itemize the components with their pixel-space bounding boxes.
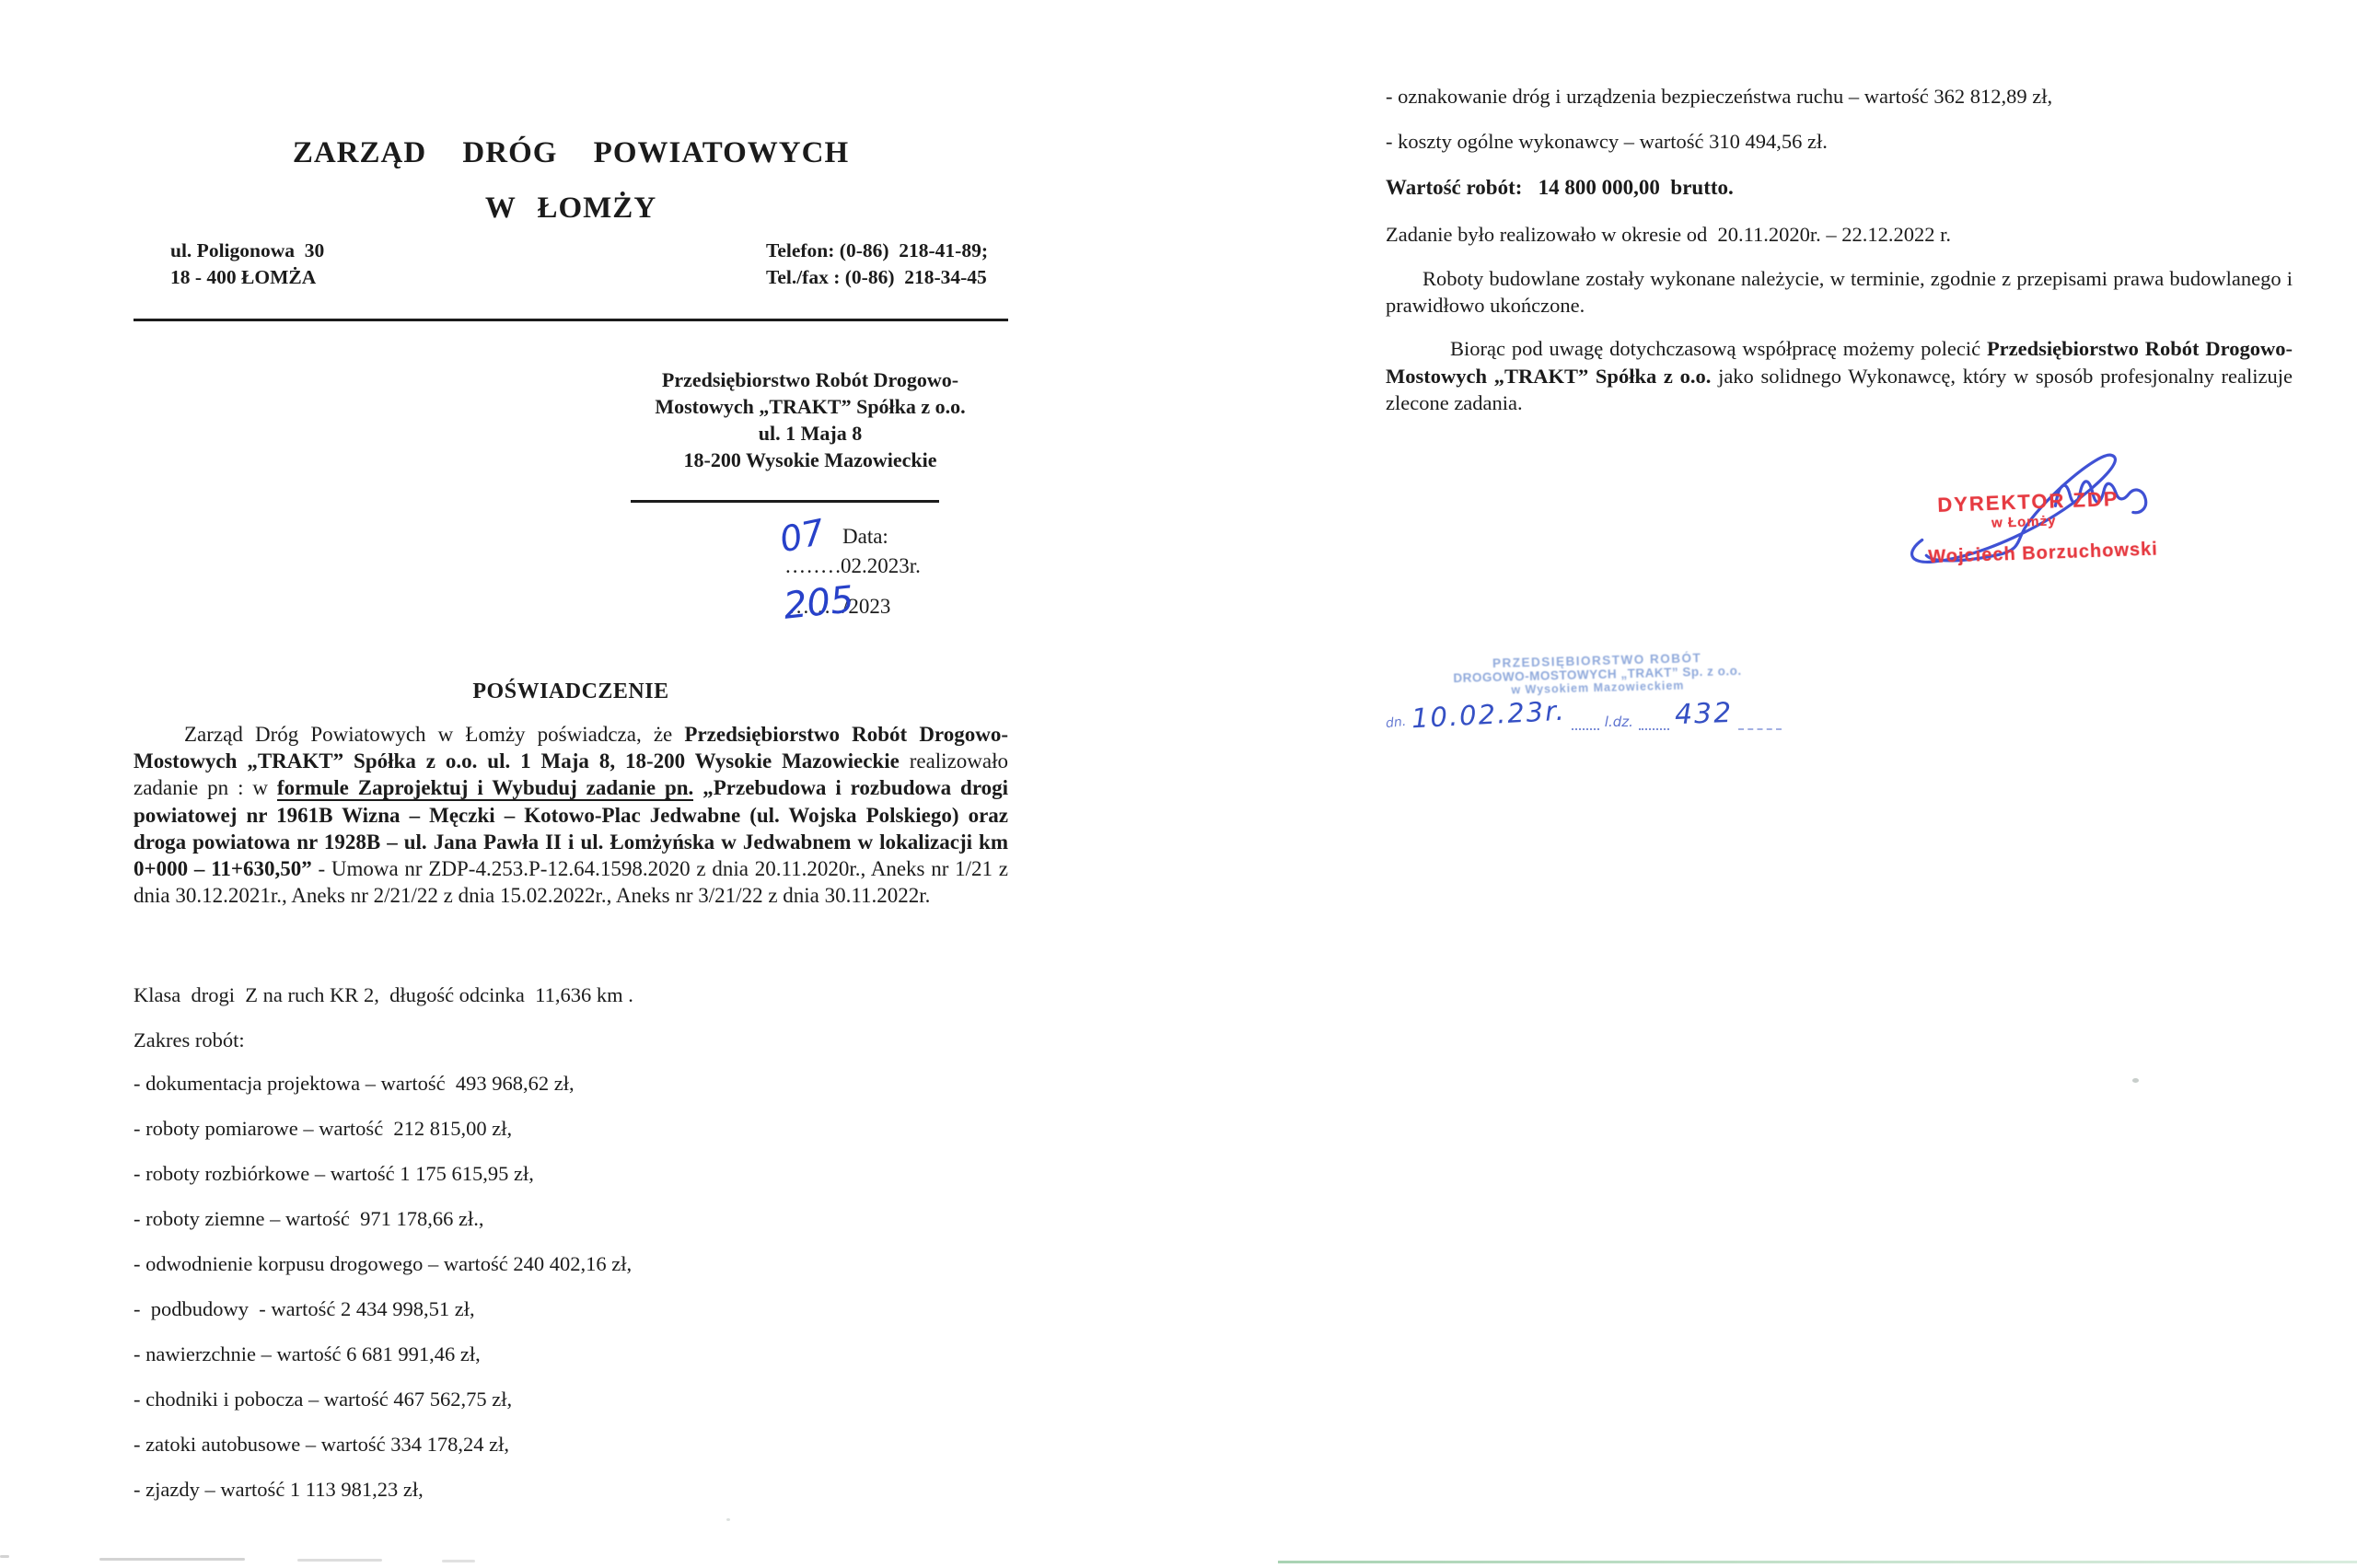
- date-label: Data:: [842, 525, 888, 549]
- letterhead-org-name-line1: ZARZĄD DRÓG POWIATOWYCH: [134, 136, 1008, 170]
- recipient-line: Mostowych „TRAKT” Spółka z o.o.: [534, 393, 1086, 420]
- address-city: 18 - 400 ŁOMŻA: [170, 264, 324, 291]
- road-class-line: Klasa drogi Z na ruch KR 2, długość odci…: [134, 983, 633, 1007]
- received-annotation-row: dn. 10.02.23r. l.dz. 432: [1386, 698, 1782, 730]
- dotted-filler: [1639, 726, 1669, 730]
- handwritten-ldz-label: l.dz.: [1605, 714, 1633, 730]
- director-stamp-location: w Łomży: [1991, 513, 2057, 530]
- recipient-line: 18-200 Wysokie Mazowieckie: [534, 447, 1086, 473]
- document-title: POŚWIADCZENIE: [134, 679, 1008, 704]
- scanned-document: ZARZĄD DRÓG POWIATOWYCH W ŁOMŻY ul. Poli…: [0, 0, 2357, 1568]
- scope-item: - zatoki autobusowe – wartość 334 178,24…: [134, 1434, 1008, 1455]
- dashed-filler: [1738, 726, 1782, 730]
- recipient-line: ul. 1 Maja 8: [534, 420, 1086, 447]
- scan-smudge: [0, 1555, 9, 1558]
- recipient-block: Przedsiębiorstwo Robót Drogowo- Mostowyc…: [534, 366, 1086, 473]
- scope-item: - podbudowy - wartość 2 434 998,51 zł,: [134, 1298, 1008, 1319]
- scan-speck: [2132, 1078, 2139, 1083]
- recipient-divider: [631, 500, 939, 503]
- letterhead-divider: [134, 319, 1008, 321]
- scan-speck: [726, 1518, 730, 1521]
- handwritten-received-prefix: dn.: [1385, 714, 1407, 731]
- scan-smudge: [442, 1560, 475, 1562]
- address-street: ul. Poligonowa 30: [170, 238, 324, 264]
- certificate-seg-4-formula: formule Zaprojektuj i Wybuduj zadanie pn…: [277, 776, 693, 801]
- scope-item: - chodniki i pobocza – wartość 467 562,7…: [134, 1388, 1008, 1410]
- scope-item: - odwodnienie korpusu drogowego – wartoś…: [134, 1253, 1008, 1274]
- letterhead-phones: Telefon: (0-86) 218-41-89; Tel./fax : (0…: [766, 238, 988, 291]
- scope-item: - zjazdy – wartość 1 113 981,23 zł,: [134, 1479, 1008, 1500]
- handwritten-reference-number: 205: [782, 578, 856, 628]
- execution-period-line: Zadanie było realizowało w okresie od 20…: [1386, 223, 1951, 247]
- scope-item: - roboty ziemne – wartość 971 178,66 zł.…: [134, 1208, 1008, 1229]
- scope-item: - nawierzchnie – wartość 6 681 991,46 zł…: [134, 1343, 1008, 1365]
- phone-line: Telefon: (0-86) 218-41-89;: [766, 238, 988, 264]
- fax-line: Tel./fax : (0-86) 218-34-45: [766, 264, 988, 291]
- letterhead-org-name-line2: W ŁOMŻY: [134, 192, 1008, 226]
- total-value-line: Wartość robót: 14 800 000,00 brutto.: [1386, 176, 1734, 200]
- date-line: ........02.2023r.: [785, 554, 921, 578]
- scope-item-continued: - koszty ogólne wykonawcy – wartość 310 …: [1386, 130, 1828, 154]
- certificate-seg-1: Zarząd Dróg Powiatowych w Łomży poświadc…: [184, 723, 684, 746]
- handwritten-day: 07: [776, 511, 828, 560]
- recommendation-paragraph: Biorąc pod uwagę dotychczasową współprac…: [1386, 335, 2293, 417]
- letterhead-address: ul. Poligonowa 30 18 - 400 ŁOMŻA: [170, 238, 324, 291]
- scope-item-continued: - oznakowanie dróg i urządzenia bezpiecz…: [1386, 85, 2052, 109]
- scan-smudge: [297, 1559, 382, 1562]
- right-page: - oznakowanie dróg i urządzenia bezpiecz…: [1386, 0, 2293, 1105]
- director-stamp: DYREKTOR ZDP w Łomży Wojciech Borzuchows…: [1898, 447, 2179, 594]
- left-page: ZARZĄD DRÓG POWIATOWYCH W ŁOMŻY ul. Poli…: [134, 129, 1008, 1528]
- handwritten-received-date: 10.02.23r.: [1411, 695, 1566, 735]
- scan-edge-line: [1278, 1561, 2357, 1563]
- handwritten-journal-number: 432: [1674, 697, 1733, 731]
- date-printed-part: .02.2023r.: [835, 554, 921, 577]
- scope-list: - dokumentacja projektowa – wartość 493 …: [134, 1073, 1008, 1524]
- scope-heading: Zakres robót:: [134, 1028, 245, 1052]
- scope-item: - roboty pomiarowe – wartość 212 815,00 …: [134, 1118, 1008, 1139]
- certificate-paragraph: Zarząd Dróg Powiatowych w Łomży poświadc…: [134, 721, 1008, 909]
- scope-item: - dokumentacja projektowa – wartość 493 …: [134, 1073, 1008, 1094]
- quality-statement-paragraph: Roboty budowlane zostały wykonane należy…: [1386, 265, 2293, 319]
- scan-smudge: [99, 1558, 245, 1561]
- scope-item: - roboty rozbiórkowe – wartość 1 175 615…: [134, 1163, 1008, 1184]
- company-receipt-stamp: PRZEDSIĘBIORSTWO ROBÓT DROGOWO-MOSTOWYCH…: [1412, 649, 1782, 699]
- letterhead-contact-row: ul. Poligonowa 30 18 - 400 ŁOMŻA Telefon…: [134, 238, 1008, 291]
- recommendation-seg-1: Biorąc pod uwagę dotychczasową współprac…: [1450, 337, 1987, 360]
- recipient-line: Przedsiębiorstwo Robót Drogowo-: [534, 366, 1086, 393]
- dotted-filler: [1572, 726, 1599, 730]
